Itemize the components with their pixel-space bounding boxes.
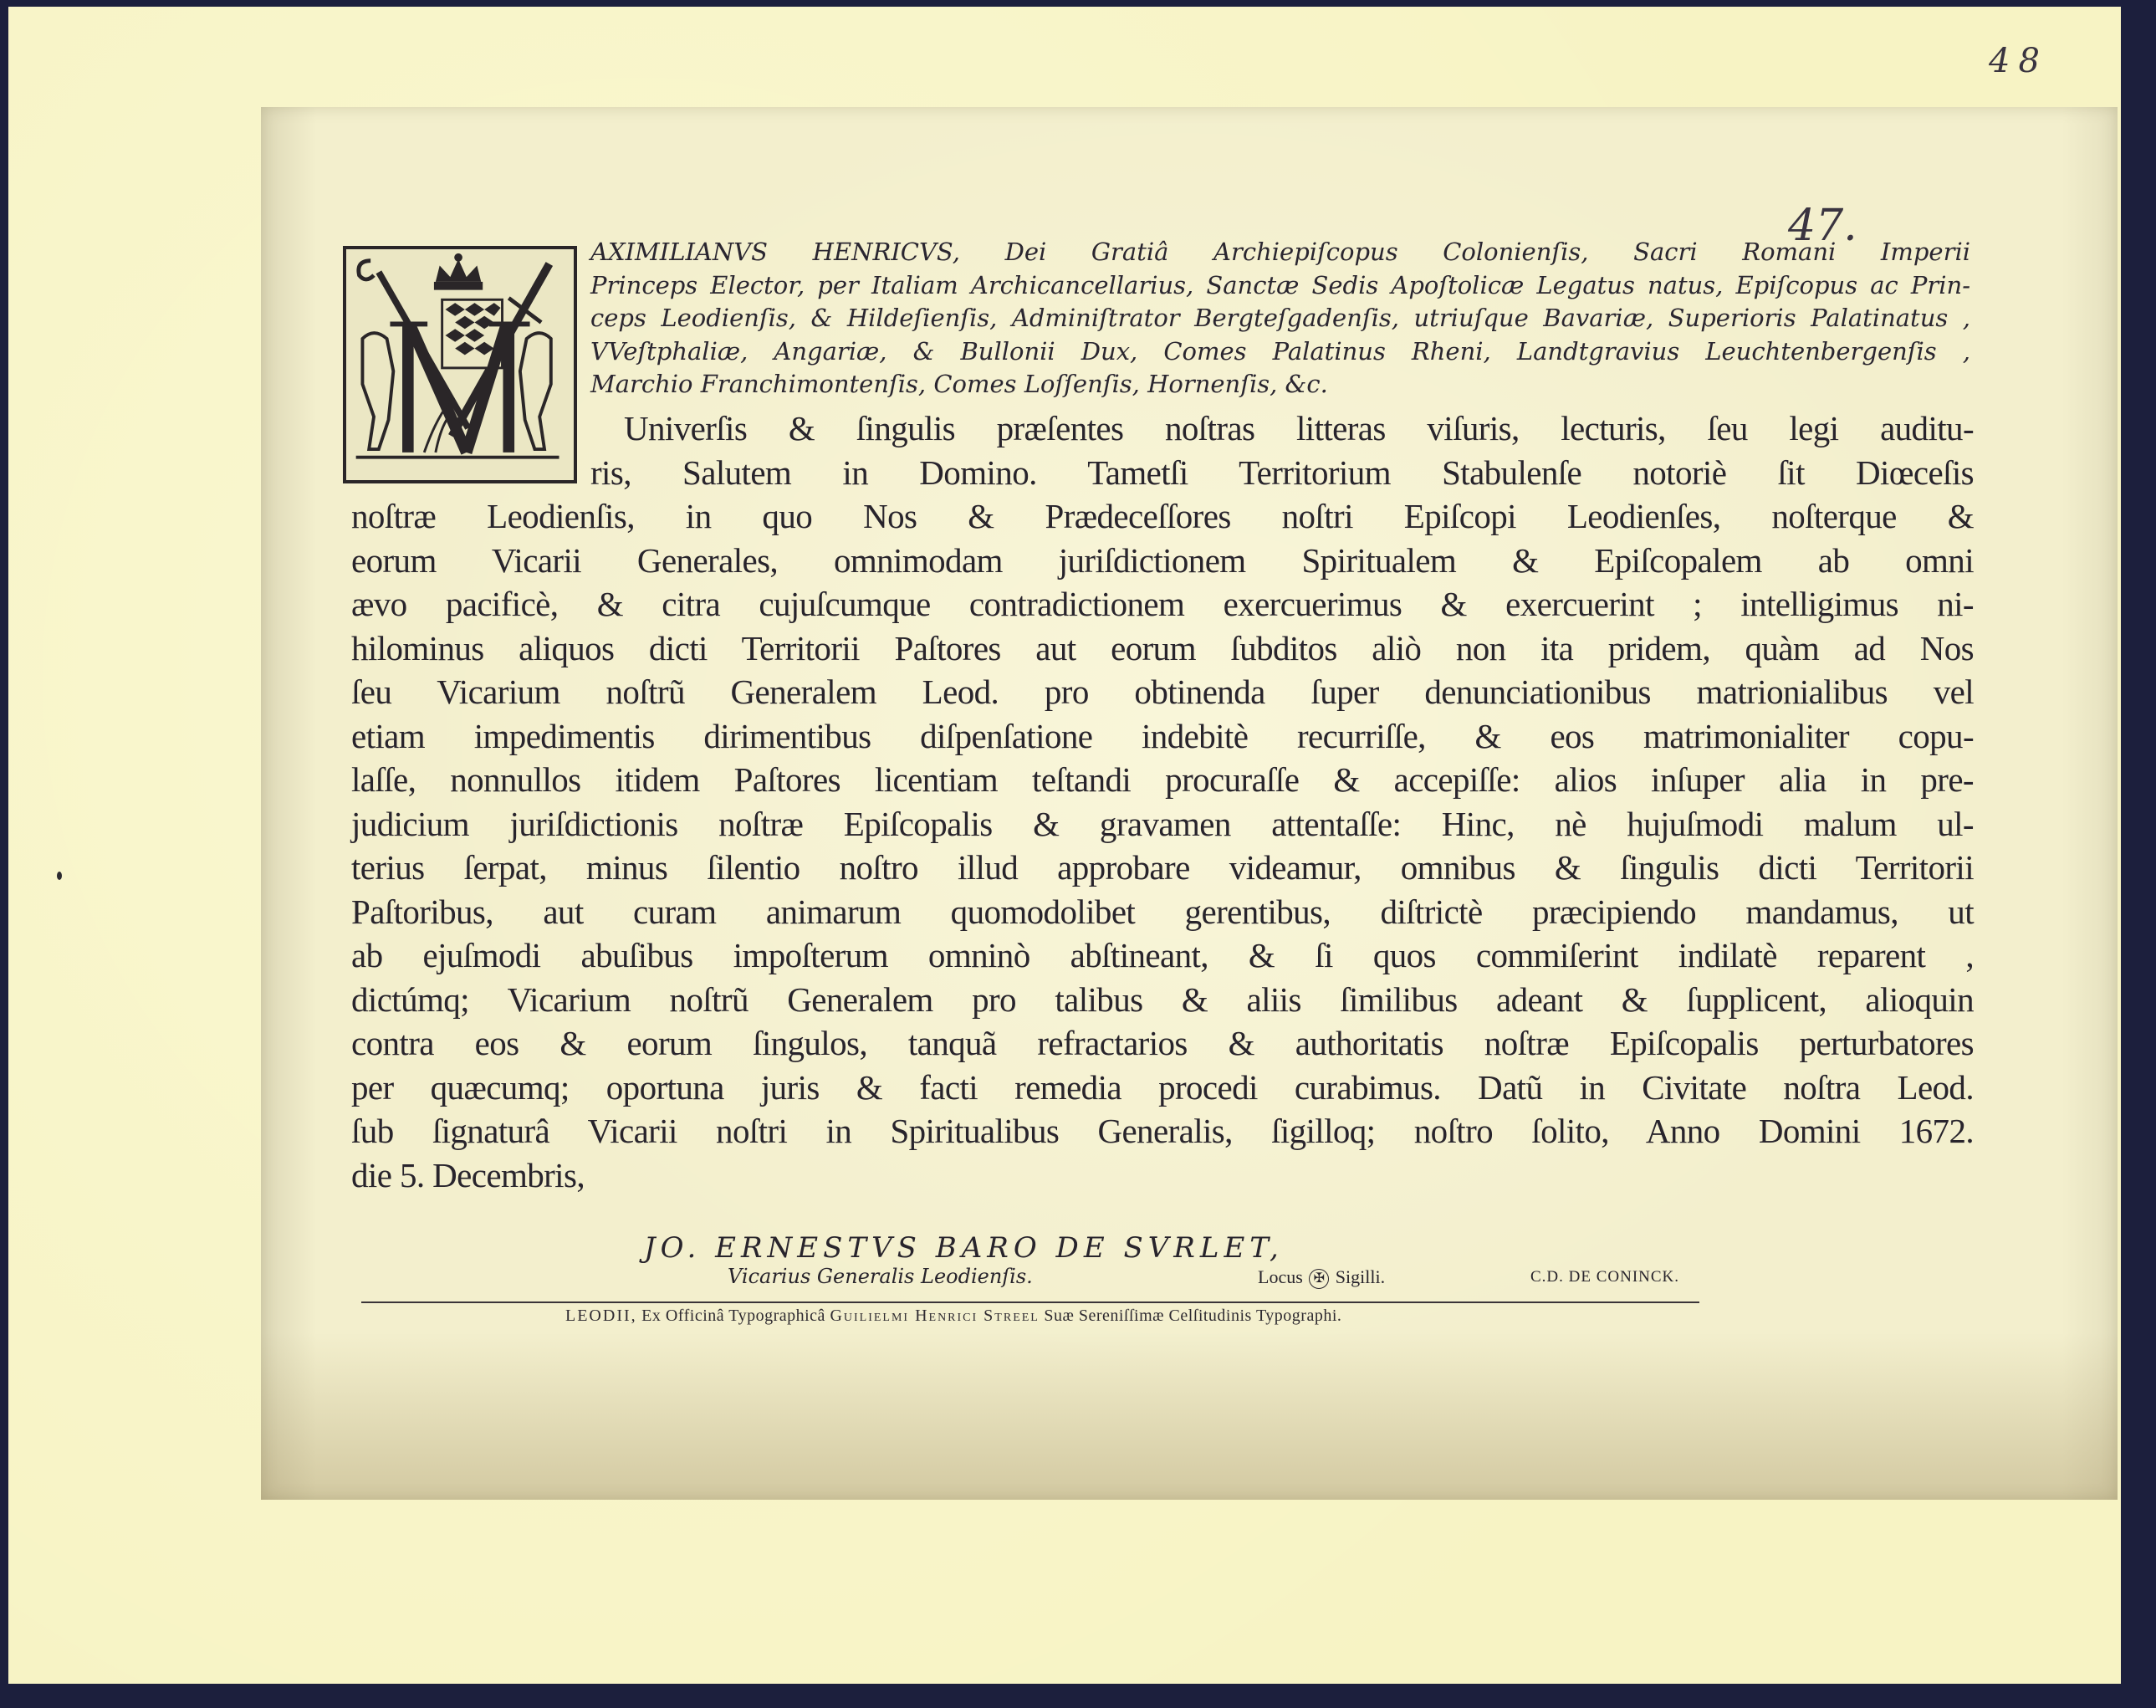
body-line: terius ſerpat, minus ſilentio noſtro ill… <box>351 846 1974 890</box>
title-line: Marchio Franchimontenſis, Comes Loſſenſi… <box>590 368 1970 401</box>
imprint-text-1: Ex Officinâ Typographicâ <box>641 1307 825 1325</box>
seal-label-after: Sigilli. <box>1336 1266 1385 1287</box>
body-line: judicium juriſdictionis noſtræ Epiſcopal… <box>351 802 1974 846</box>
title-line: VVeſtphaliæ, Angariæ, & Bullonii Dux, Co… <box>590 335 1970 369</box>
secretary-signature: C.D. DE CONINCK. <box>1530 1268 1679 1286</box>
signatory-name: JO. ERNESTVS BARO DE SVRLET, <box>644 1231 1284 1265</box>
imprint-city: LEODII, <box>565 1307 637 1325</box>
body-line: ævo pacificè, & citra cujuſcumque contra… <box>351 582 1974 626</box>
body-line: contra eos & eorum ſingulos, tanquã refr… <box>351 1021 1974 1066</box>
body-line: laſſe, nonnullos itidem Paſtores licenti… <box>351 758 1974 802</box>
printer-imprint: LEODII, Ex Officinâ Typographicâ Guiliel… <box>565 1307 1341 1326</box>
title-line: ceps Leodienſis, & Hildeſienſis, Adminiſ… <box>590 302 1970 335</box>
signatory-title: Vicarius Generalis Leodienſis. <box>728 1265 1033 1288</box>
body-line: Univerſis & ſingulis præſentes noſtras l… <box>351 407 1974 451</box>
body-line-date: die 5. Decembris, <box>351 1153 1974 1198</box>
imprint-printer: Guilielmi Henrici Streel <box>830 1307 1039 1325</box>
body-line: ris, Salutem in Domino. Tametſi Territor… <box>351 451 1974 495</box>
seal-label-before: Locus <box>1258 1266 1303 1287</box>
title-line: Princeps Elector, per Italiam Archicance… <box>590 269 1970 303</box>
body-line: dictúmq; Vicarium noſtrũ Generalem pro t… <box>351 978 1974 1022</box>
body-line: Paſtoribus, aut curam animarum quomodoli… <box>351 890 1974 934</box>
body-line: ſub ſignaturâ Vicarii noſtri in Spiritua… <box>351 1109 1974 1153</box>
folio-annotation-48: 48 <box>1989 42 2048 80</box>
cross-seal-icon: ✠ <box>1309 1269 1329 1289</box>
paper-speck <box>57 872 62 880</box>
body-line: ab ejuſmodi abuſibus impoſterum omninò a… <box>351 933 1974 978</box>
divider-rule <box>361 1301 1699 1303</box>
body-line: hilominus aliquos dicti Territorii Paſto… <box>351 626 1974 671</box>
body-line: ſeu Vicarium noſtrũ Generalem Leod. pro … <box>351 670 1974 714</box>
title-block: AXIMILIANVS HENRICVS, Dei Gratiâ Archiep… <box>590 236 1970 401</box>
imprint-text-2: Suæ Sereniſſimæ Celſitudinis Typographi. <box>1044 1307 1341 1325</box>
seal-place: Locus ✠ Sigilli. <box>1258 1266 1385 1289</box>
title-line: AXIMILIANVS HENRICVS, Dei Gratiâ Archiep… <box>590 236 1970 269</box>
body-line: etiam impedimentis dirimentibus diſpenſa… <box>351 714 1974 759</box>
decree-body: Univerſis & ſingulis præſentes noſtras l… <box>351 407 1974 1197</box>
body-line: noſtræ Leodienſis, in quo Nos & Prædeceſ… <box>351 494 1974 539</box>
body-line: eorum Vicarii Generales, omnimodam juriſ… <box>351 539 1974 583</box>
body-line: per quæcumq; oportuna juris & facti reme… <box>351 1066 1974 1110</box>
